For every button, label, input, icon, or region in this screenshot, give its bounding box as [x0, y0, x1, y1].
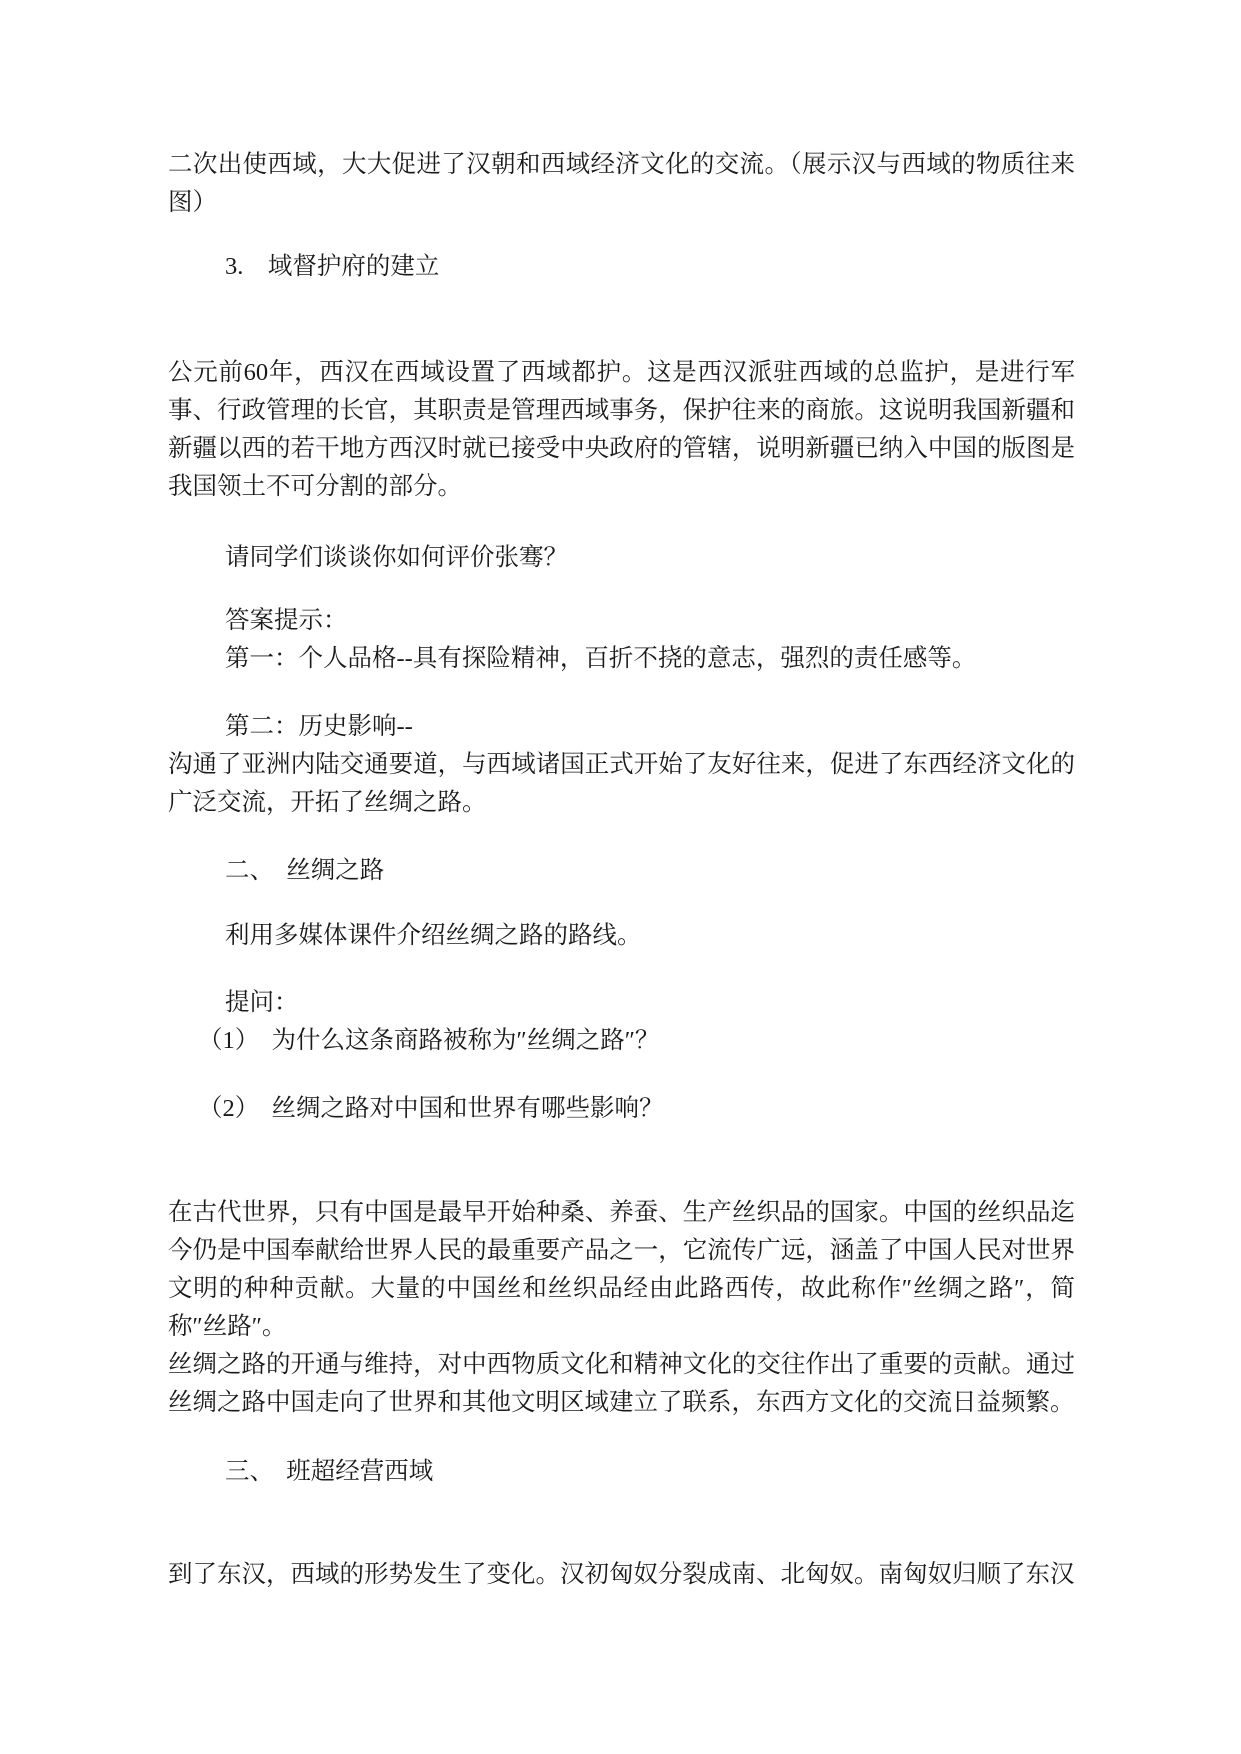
paragraph-protectorate-detail: 公元前60年，西汉在西域设置了西域都护。这是西汉派驻西域的总监护，是进行军事、行…	[168, 354, 1075, 506]
line-question-1-silk-road-name: （1） 为什么这条商路被称为″丝绸之路″？	[168, 1022, 1075, 1060]
paragraph-historical-impact: 沟通了亚洲内陆交通要道，与西域诸国正式开始了友好往来，促进了东西经济文化的广泛交…	[168, 746, 1075, 822]
paragraph-zhangqian-exchange: 二次出使西域，大大促进了汉朝和西域经济文化的交流。（展示汉与西域的物质往来图）	[168, 146, 1075, 222]
line-multimedia-route-intro: 利用多媒体课件介绍丝绸之路的路线。	[168, 917, 1075, 955]
line-answer-second-impact: 第二：历史影响--	[168, 708, 1075, 746]
document-page: 二次出使西域，大大促进了汉朝和西域经济文化的交流。（展示汉与西域的物质往来图） …	[0, 0, 1241, 1754]
line-ask-label: 提问：	[168, 984, 1075, 1022]
paragraph-silk-origin: 在古代世界，只有中国是最早开始种桑、养蚕、生产丝织品的国家。中国的丝织品迄今仍是…	[168, 1194, 1075, 1346]
heading-silk-road: 二、 丝绸之路	[168, 852, 1075, 890]
line-answer-hint-label: 答案提示：	[168, 602, 1075, 640]
heading-protectorate-establishment: 3. 域督护府的建立	[168, 248, 1075, 286]
line-question-2-silk-road-impact: （2） 丝绸之路对中国和世界有哪些影响？	[168, 1090, 1075, 1128]
line-answer-first-personality: 第一：个人品格--具有探险精神，百折不挠的意志，强烈的责任感等。	[168, 640, 1075, 678]
paragraph-silk-road-contribution: 丝绸之路的开通与维持，对中西物质文化和精神文化的交往作出了重要的贡献。通过丝绸之…	[168, 1346, 1075, 1422]
line-question-evaluate-zhangqian: 请同学们谈谈你如何评价张骞？	[168, 539, 1075, 577]
heading-banchao-western-regions: 三、 班超经营西域	[168, 1453, 1075, 1491]
paragraph-eastern-han-situation: 到了东汉，西域的形势发生了变化。汉初匈奴分裂成南、北匈奴。南匈奴归顺了东汉	[168, 1556, 1075, 1594]
